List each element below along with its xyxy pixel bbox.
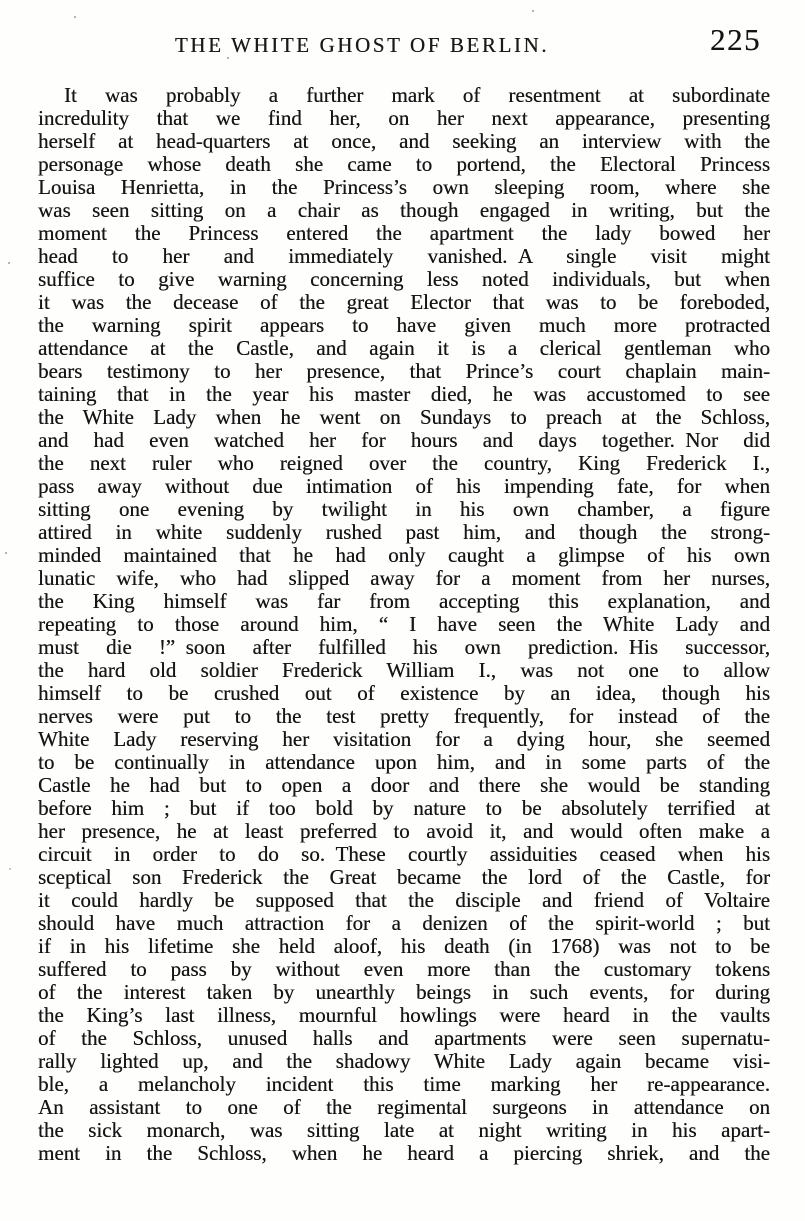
scan-speck [8,262,10,264]
scan-speck [9,868,11,870]
text-line: Castle he had but to open a door and the… [38,774,770,797]
text-line: the White Lady when he went on Sundays t… [38,406,770,429]
scan-speck [5,552,7,554]
text-line: of the interest taken by unearthly being… [38,981,770,1004]
text-line: to be continually in attendance upon him… [38,751,770,774]
text-line: it was the decease of the great Elector … [38,291,770,314]
text-line: White Lady reserving her visitation for … [38,728,770,751]
text-line: her presence, he at least preferred to a… [38,820,770,843]
text-line: sceptical son Frederick the Great became… [38,866,770,889]
text-line: and had even watched her for hours and d… [38,429,770,452]
text-line: sitting one evening by twilight in his o… [38,498,770,521]
text-line: was seen sitting on a chair as though en… [38,199,770,222]
text-line: himself to be crushed out of existence b… [38,682,770,705]
text-line: nerves were put to the test pretty frequ… [38,705,770,728]
text-line: must die !” soon after fulfilled his own… [38,636,770,659]
text-line: herself at head-quarters at once, and se… [38,130,770,153]
text-line: it could hardly be supposed that the dis… [38,889,770,912]
text-line: incredulity that we find her, on her nex… [38,107,770,130]
text-line: pass away without due intimation of his … [38,475,770,498]
text-line: An assistant to one of the regimental su… [38,1096,770,1119]
text-line: taining that in the year his master died… [38,383,770,406]
scan-speck [532,10,534,12]
body-text: It was probably a further mark of resent… [38,84,770,1165]
text-line: minded maintained that he had only caugh… [38,544,770,567]
text-line: the King’s last illness, mournful howlin… [38,1004,770,1027]
scanned-page: THE WHITE GHOST OF BERLIN. 225 It was pr… [0,0,805,1221]
text-line: should have much attraction for a denize… [38,912,770,935]
text-line: rally lighted up, and the shadowy White … [38,1050,770,1073]
text-line: the hard old soldier Frederick William I… [38,659,770,682]
text-line: if in his lifetime she held aloof, his d… [38,935,770,958]
text-line: attendance at the Castle, and again it i… [38,337,770,360]
text-line: the sick monarch, was sitting late at ni… [38,1119,770,1142]
text-line: before him ; but if too bold by nature t… [38,797,770,820]
text-line: It was probably a further mark of resent… [38,84,770,107]
text-line: Louisa Henrietta, in the Princess’s own … [38,176,770,199]
text-line: bears testimony to her presence, that Pr… [38,360,770,383]
text-line: of the Schloss, unused halls and apartme… [38,1027,770,1050]
text-line: the warning spirit appears to have given… [38,314,770,337]
text-line: the next ruler who reigned over the coun… [38,452,770,475]
text-line: lunatic wife, who had slipped away for a… [38,567,770,590]
text-line: circuit in order to do so. These courtly… [38,843,770,866]
running-title: THE WHITE GHOST OF BERLIN. [175,33,549,58]
page-number: 225 [710,22,761,58]
text-line: attired in white suddenly rushed past hi… [38,521,770,544]
text-line: moment the Princess entered the apartmen… [38,222,770,245]
text-line: ment in the Schloss, when he heard a pie… [38,1142,770,1165]
text-line: suffered to pass by without even more th… [38,958,770,981]
scan-speck [227,57,229,59]
text-line: ble, a melancholy incident this time mar… [38,1073,770,1096]
scan-speck [74,16,76,18]
text-line: the King himself was far from accepting … [38,590,770,613]
text-line: repeating to those around him, “ I have … [38,613,770,636]
scan-speck [756,38,758,40]
text-line: head to her and immediately vanished. A … [38,245,770,268]
text-line: personage whose death she came to porten… [38,153,770,176]
text-line: suffice to give warning concerning less … [38,268,770,291]
